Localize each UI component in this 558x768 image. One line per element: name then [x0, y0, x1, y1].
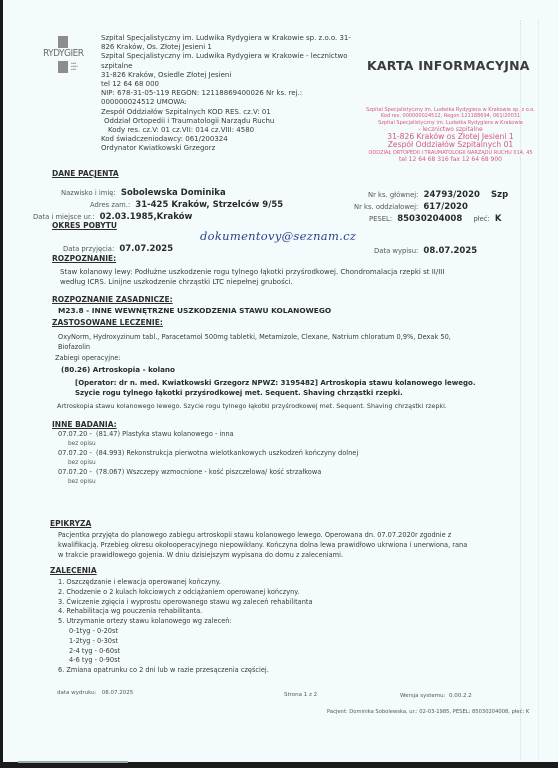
epicrisis-line: Pacjentka przyjęta do planowego zabiegu … [58, 531, 548, 541]
epicrisis-text: Pacjentka przyjęta do planowego zabiegu … [58, 531, 548, 560]
handwritten-email: dokumentovy@seznam.cz [200, 229, 356, 243]
brace-schedule-item: 0-1tyg - 0-20st [58, 627, 313, 637]
hospital-line: Oddział Ortopedii i Traumatologii Narząd… [101, 117, 371, 126]
pesel-value: 85030204008 [397, 214, 462, 224]
test-date: 07.07.20 - [58, 449, 92, 457]
patient-birth-label: Data i miejsce ur.: [33, 213, 95, 221]
scan-edge-bottom [0, 762, 558, 768]
system-version: Wersja systemu: 0.00.2.2 [400, 693, 472, 699]
test-name: (84.993) Rekonstrukcja pierwotna wielotk… [96, 449, 358, 457]
pesel-label: PESEL: [369, 215, 392, 223]
recommendation-item: 6. Zmiana opatrunku co 2 dni lub w razie… [58, 666, 313, 676]
logo-subtext: ▪▪▪▪▪▪▪▪▪▪ [71, 62, 78, 71]
section-recommendations: ZALECENIA [50, 566, 97, 575]
hospital-line: Kody res. cz.V: 01 cz.VII: 014 cz.VIII: … [101, 126, 371, 135]
hospital-line: 826 Kraków, Os. Złotej Jesieni 1 [101, 43, 371, 52]
version-value: 0.00.2.2 [449, 693, 472, 699]
recommendation-item: 3. Ćwiczenie zgięcia i wyprostu operowan… [58, 598, 313, 608]
admission-label: Data przyjęcia: [63, 245, 114, 253]
drugs-line: Biofazolin [58, 343, 548, 353]
logo-square-icon [58, 61, 68, 73]
diagnosis-text: Staw kolanowy lewy: Podłużne uszkodzenie… [60, 268, 550, 287]
drugs-list: OxyNorm, Hydroxyzinum tabl., Paracetamol… [58, 333, 548, 352]
patient-footer-line: Pacjent: Dominika Sobolewska, ur.: 02-03… [327, 709, 529, 715]
logo-square-icon [58, 36, 68, 48]
hospital-line: szpitalne [101, 62, 371, 71]
brace-schedule-item: 2-4 tyg - 0-60st [58, 647, 313, 657]
operator-note: [Operator: dr n. med. Kwiatkowski Grzego… [75, 378, 555, 398]
diagnosis-line: Staw kolanowy lewy: Podłużne uszkodzenie… [60, 268, 550, 278]
recommendation-item: 2. Chodzenie o 2 kulach łokciowych z odc… [58, 588, 313, 598]
test-note: bez opisu [58, 440, 358, 450]
brace-schedule-item: 1-2tyg - 0-30st [58, 637, 313, 647]
operator-line: [Operator: dr n. med. Kwiatkowski Grzego… [75, 378, 555, 388]
test-note: bez opisu [58, 459, 358, 469]
hospital-line: NIP: 678-31-05-119 REGON: 12118869400026… [101, 89, 371, 98]
hospital-header: Szpital Specjalistyczny im. Ludwika Rydy… [101, 34, 371, 154]
section-patient-data: DANE PACJENTA [52, 169, 119, 178]
hospital-stamp: Szpital Specjalistyczny im. Ludwika Rydy… [348, 107, 553, 163]
procedure-description: Artroskopia stawu kolanowego lewego. Szy… [57, 402, 447, 412]
hospital-line: Kod świadczeniodawcy: 061/200324 [101, 135, 371, 144]
recommendation-item: 4. Rehabilitacja wg pouczenia rehabilita… [58, 607, 313, 617]
test-note: bez opisu [58, 478, 358, 488]
stamp-line: ODDZIAŁ ORTOPEDII I TRAUMATOLOGII NARZĄD… [348, 150, 553, 156]
section-main-diagnosis: ROZPOZNANIE ZASADNICZE: [52, 295, 173, 304]
hospital-line: tel 12 64 68 000 [101, 80, 371, 89]
brace-schedule-item: 4-6 tyg - 0-90st [58, 656, 313, 666]
stamp-line: tel 12 64 68 316 fax 12 64 68 900 [348, 156, 553, 163]
recommendation-item: 5. Utrzymanie ortezy stawu kolanowego wg… [58, 617, 313, 627]
test-name: (78.067) Wszczepy wzmocnione - kość pisz… [96, 468, 321, 476]
discharge-label: Data wypisu: [374, 247, 418, 255]
pesel-row: PESEL: 85030204008 płeć: K [369, 206, 502, 225]
procedure-code: (80.26) Artroskopia - kolano [61, 365, 175, 375]
logo-text: RYDYGIER [43, 48, 84, 59]
scan-edge-left [0, 0, 3, 768]
test-item: 07.07.20 - (78.067) Wszczepy wzmocnione … [58, 468, 358, 478]
test-date: 07.07.20 - [58, 468, 92, 476]
sex-label: płeć: [473, 215, 489, 223]
document-title: KARTA INFORMACYJNA [367, 58, 530, 73]
procedures-label: Zabiegi operacyjne: [55, 354, 121, 364]
print-date-value: 08.07.2025 [102, 690, 134, 696]
test-item: 07.07.20 - (84.993) Rekonstrukcja pierwo… [58, 449, 358, 459]
section-stay: OKRES POBYTU [52, 221, 117, 230]
recommendation-item: 1. Oszczędzanie i elewacja operowanej ko… [58, 578, 313, 588]
hospital-line: Zespół Oddziałów Szpitalnych KOD RES. cz… [101, 108, 371, 117]
sex-value: K [495, 214, 502, 224]
hospital-logo: RYDYGIER ▪▪▪▪▪▪▪▪▪▪ [43, 36, 91, 78]
test-date: 07.07.20 - [58, 430, 92, 438]
hospital-line: 31-826 Kraków, Osiedle Złotej Jesieni [101, 71, 371, 80]
discharge-date: 08.07.2025 [423, 246, 477, 256]
hospital-line: 000000024512 UMOWA: [101, 98, 371, 107]
recommendations-list: 1. Oszczędzanie i elewacja operowanej ko… [58, 578, 313, 676]
section-treatment: ZASTOSOWANE LECZENIE: [52, 318, 163, 327]
admission-row: Data przyjęcia: 07.07.2025 [63, 236, 173, 255]
hospital-line: Ordynator Kwiatkowski Grzegorz [101, 144, 371, 153]
admission-date: 07.07.2025 [119, 244, 173, 254]
section-other-tests: INNE BADANIA: [52, 420, 117, 429]
test-item: 07.07.20 - (81.47) Plastyka stawu kolano… [58, 430, 358, 440]
test-name: (81.47) Plastyka stawu kolanowego - inna [96, 430, 234, 438]
tests-list: 07.07.20 - (81.47) Plastyka stawu kolano… [58, 430, 358, 487]
epicrisis-line: kwalifikacją. Przebieg okresu okołoopera… [58, 541, 548, 551]
main-book-suffix: Szp [491, 190, 508, 200]
print-date-label: data wydruku: [57, 690, 96, 696]
version-label: Wersja systemu: [400, 693, 446, 699]
section-epicrisis: EPIKRYZA [50, 519, 91, 528]
section-diagnosis: ROZPOZNANIE: [52, 254, 116, 263]
hospital-line: Szpital Specjalistyczny im. Ludwika Rydy… [101, 34, 371, 43]
operator-line: Szycie rogu tylnego łąkotki przyśrodkowe… [75, 388, 555, 398]
page-number: Strona 1 z 2 [284, 692, 317, 698]
print-date: data wydruku: 08.07.2025 [57, 690, 133, 696]
main-diagnosis: M23.8 - INNE WEWNĘTRZNE USZKODZENIA STAW… [58, 306, 331, 316]
hospital-line: Szpital Specjalistyczny im. Ludwika Rydy… [101, 52, 371, 61]
stamp-line: Szpital Specjalistyczny im. Ludwika Rydy… [348, 120, 553, 126]
epicrisis-line: w trakcie prawidłowego gojenia. W dniu d… [58, 551, 548, 561]
drugs-line: OxyNorm, Hydroxyzinum tabl., Paracetamol… [58, 333, 548, 343]
stamp-line: Zespół Oddziałów Szpitalnych 01 [348, 141, 553, 149]
diagnosis-line: według ICRS. Linijne uszkodzenie chrząst… [60, 278, 550, 288]
discharge-row: Data wypisu: 08.07.2025 [374, 238, 477, 257]
